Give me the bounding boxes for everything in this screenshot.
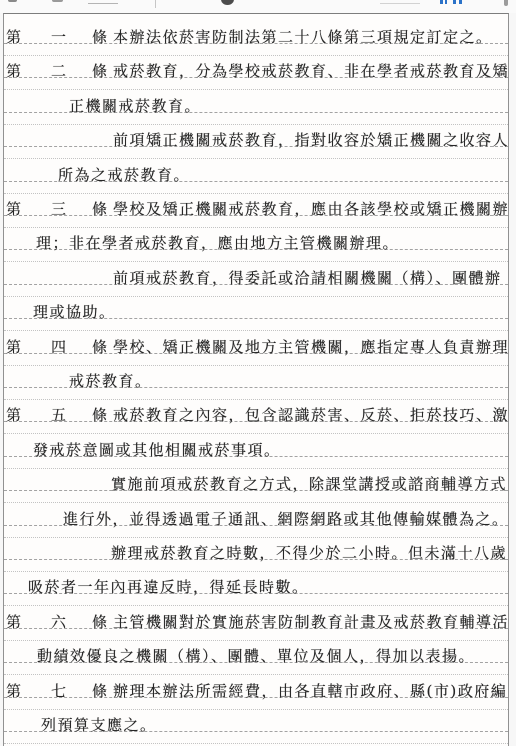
line-text: 辦理戒菸教育之時數，不得少於二小時。但未滿十八歲 (111, 541, 507, 565)
document-line: 理或協助。 (4, 300, 508, 324)
article-number: 四 (51, 335, 68, 359)
document-line: 所為之戒菸教育。 (4, 163, 508, 187)
ruled-line (4, 537, 508, 538)
ruled-line (4, 296, 508, 297)
line-text: 主管機關對於實施菸害防制教育計畫及戒菸教育輔導活 (113, 610, 509, 634)
line-text: 學校、矯正機關及地方主管機關，應指定專人負責辦理 (113, 335, 509, 359)
line-text: 前項戒菸教育，得委託或洽請相關機關（構）、團體辦 (113, 266, 502, 290)
document-line: 發戒菸意圖或其他相關戒菸事項。 (4, 438, 508, 462)
ruled-line (4, 709, 508, 710)
document-line: 第六條主管機關對於實施菸害防制教育計畫及戒菸教育輔導活 (4, 610, 508, 634)
line-text: 理；非在學者戒菸教育，應由地方主管機關辦理。 (36, 231, 399, 255)
document-line: 前項矯正機關戒菸教育，指對收容於矯正機關之收容人 (4, 128, 508, 152)
line-text: 學校及矯正機關戒菸教育，應由各該學校或矯正機關辦 (113, 197, 509, 221)
document-line: 戒菸教育。 (4, 369, 508, 393)
document-line: 第七條辦理本辦法所需經費，由各直轄市政府、縣(市)政府編 (4, 679, 508, 703)
line-text: 戒菸教育，分為學校戒菸教育、非在學者戒菸教育及矯 (113, 59, 509, 83)
ruled-line (4, 743, 508, 744)
document-line: 第五條戒菸教育之內容，包含認識菸害、反菸、拒菸技巧、激 (4, 403, 508, 427)
line-text: 戒菸教育之內容，包含認識菸害、反菸、拒菸技巧、激 (113, 403, 509, 427)
line-text: 所為之戒菸教育。 (58, 163, 190, 187)
document-line: 列預算支應之。 (4, 713, 508, 737)
article-number: 五 (51, 403, 68, 427)
ruled-line (4, 261, 508, 262)
toolbar-blue-text-fragment (440, 0, 443, 4)
article-number: 二 (51, 59, 68, 83)
toolbar-underline-fragment (380, 3, 420, 4)
ruled-line (4, 674, 508, 675)
line-text: 吸菸者一年內再違反時，得延長時數。 (28, 575, 309, 599)
document-line: 吸菸者一年內再違反時，得延長時數。 (4, 575, 508, 599)
article-prefix: 第 (6, 59, 23, 83)
document-page: 第一條本辦法依菸害防制法第二十八條第三項規定訂定之。第二條戒菸教育，分為學校戒菸… (3, 13, 509, 746)
article-suffix: 條 (92, 25, 109, 49)
ruled-line (4, 227, 508, 228)
line-text: 實施前項戒菸教育之方式，除課堂講授或諮商輔導方式 (111, 472, 507, 496)
article-prefix: 第 (6, 610, 23, 634)
toolbar-separator-fragment (155, 0, 156, 8)
article-number: 三 (51, 197, 68, 221)
line-text: 發戒菸意圖或其他相關戒菸事項。 (33, 438, 281, 462)
article-prefix: 第 (6, 25, 23, 49)
toolbar-circle-icon-fragment (221, 0, 234, 5)
article-number: 七 (51, 679, 68, 703)
ruled-line (4, 55, 508, 56)
ruled-line (4, 640, 508, 641)
article-suffix: 條 (92, 610, 109, 634)
ruled-line (4, 399, 508, 400)
article-suffix: 條 (92, 679, 109, 703)
article-suffix: 條 (92, 197, 109, 221)
document-line: 動績效優良之機關（構）、團體、單位及個人，得加以表揚。 (4, 644, 508, 668)
document-line: 第四條學校、矯正機關及地方主管機關，應指定專人負責辦理 (4, 335, 508, 359)
line-text: 前項矯正機關戒菸教育，指對收容於矯正機關之收容人 (113, 128, 509, 152)
ruled-line (4, 193, 508, 194)
article-prefix: 第 (6, 197, 23, 221)
document-line: 進行外，並得透過電子通訊、網際網路或其他傳輸媒體為之。 (4, 507, 508, 531)
toolbar-blue-text-fragment (459, 0, 462, 4)
article-suffix: 條 (92, 403, 109, 427)
line-text: 動績效優良之機關（構）、團體、單位及個人，得加以表揚。 (37, 644, 475, 668)
ruled-line (4, 468, 508, 469)
line-text: 理或協助。 (33, 300, 116, 324)
ruled-line (4, 605, 508, 606)
toolbar-icon-fragment (504, 0, 508, 6)
ruled-line (4, 365, 508, 366)
toolbar-blue-text-fragment (453, 0, 456, 4)
line-text: 辦理本辦法所需經費，由各直轄市政府、縣(市)政府編 (113, 679, 507, 703)
article-prefix: 第 (6, 335, 23, 359)
toolbar-icon-fragment (52, 0, 63, 2)
document-line: 實施前項戒菸教育之方式，除課堂講授或諮商輔導方式 (4, 472, 508, 496)
document-line: 第一條本辦法依菸害防制法第二十八條第三項規定訂定之。 (4, 25, 508, 49)
document-line: 第二條戒菸教育，分為學校戒菸教育、非在學者戒菸教育及矯 (4, 59, 508, 83)
line-text: 進行外，並得透過電子通訊、網際網路或其他傳輸媒體為之。 (63, 507, 509, 531)
ruled-line (4, 502, 508, 503)
ruled-line (4, 571, 508, 572)
toolbar-icon-fragment (8, 0, 17, 2)
toolbar-blue-text-fragment (445, 0, 447, 4)
line-text: 列預算支應之。 (41, 713, 157, 737)
line-text: 戒菸教育。 (69, 369, 152, 393)
ruled-line (4, 330, 508, 331)
document-line: 理；非在學者戒菸教育，應由地方主管機關辦理。 (4, 231, 508, 255)
line-text: 正機關戒菸教育。 (69, 94, 201, 118)
document-line: 前項戒菸教育，得委託或洽請相關機關（構）、團體辦 (4, 266, 508, 290)
article-suffix: 條 (92, 59, 109, 83)
ruled-line (4, 89, 508, 90)
document-line: 辦理戒菸教育之時數，不得少於二小時。但未滿十八歲 (4, 541, 508, 565)
article-suffix: 條 (92, 335, 109, 359)
article-prefix: 第 (6, 403, 23, 427)
ruled-line (4, 433, 508, 434)
article-prefix: 第 (6, 679, 23, 703)
toolbar-underline-fragment (88, 3, 118, 4)
ruled-line (4, 158, 508, 159)
article-number: 六 (51, 610, 68, 634)
cropped-toolbar (0, 0, 516, 13)
ruled-line (4, 124, 508, 125)
document-line: 第三條學校及矯正機關戒菸教育，應由各該學校或矯正機關辦 (4, 197, 508, 221)
line-text: 本辦法依菸害防制法第二十八條第三項規定訂定之。 (113, 25, 493, 49)
document-line: 正機關戒菸教育。 (4, 94, 508, 118)
article-number: 一 (51, 25, 68, 49)
